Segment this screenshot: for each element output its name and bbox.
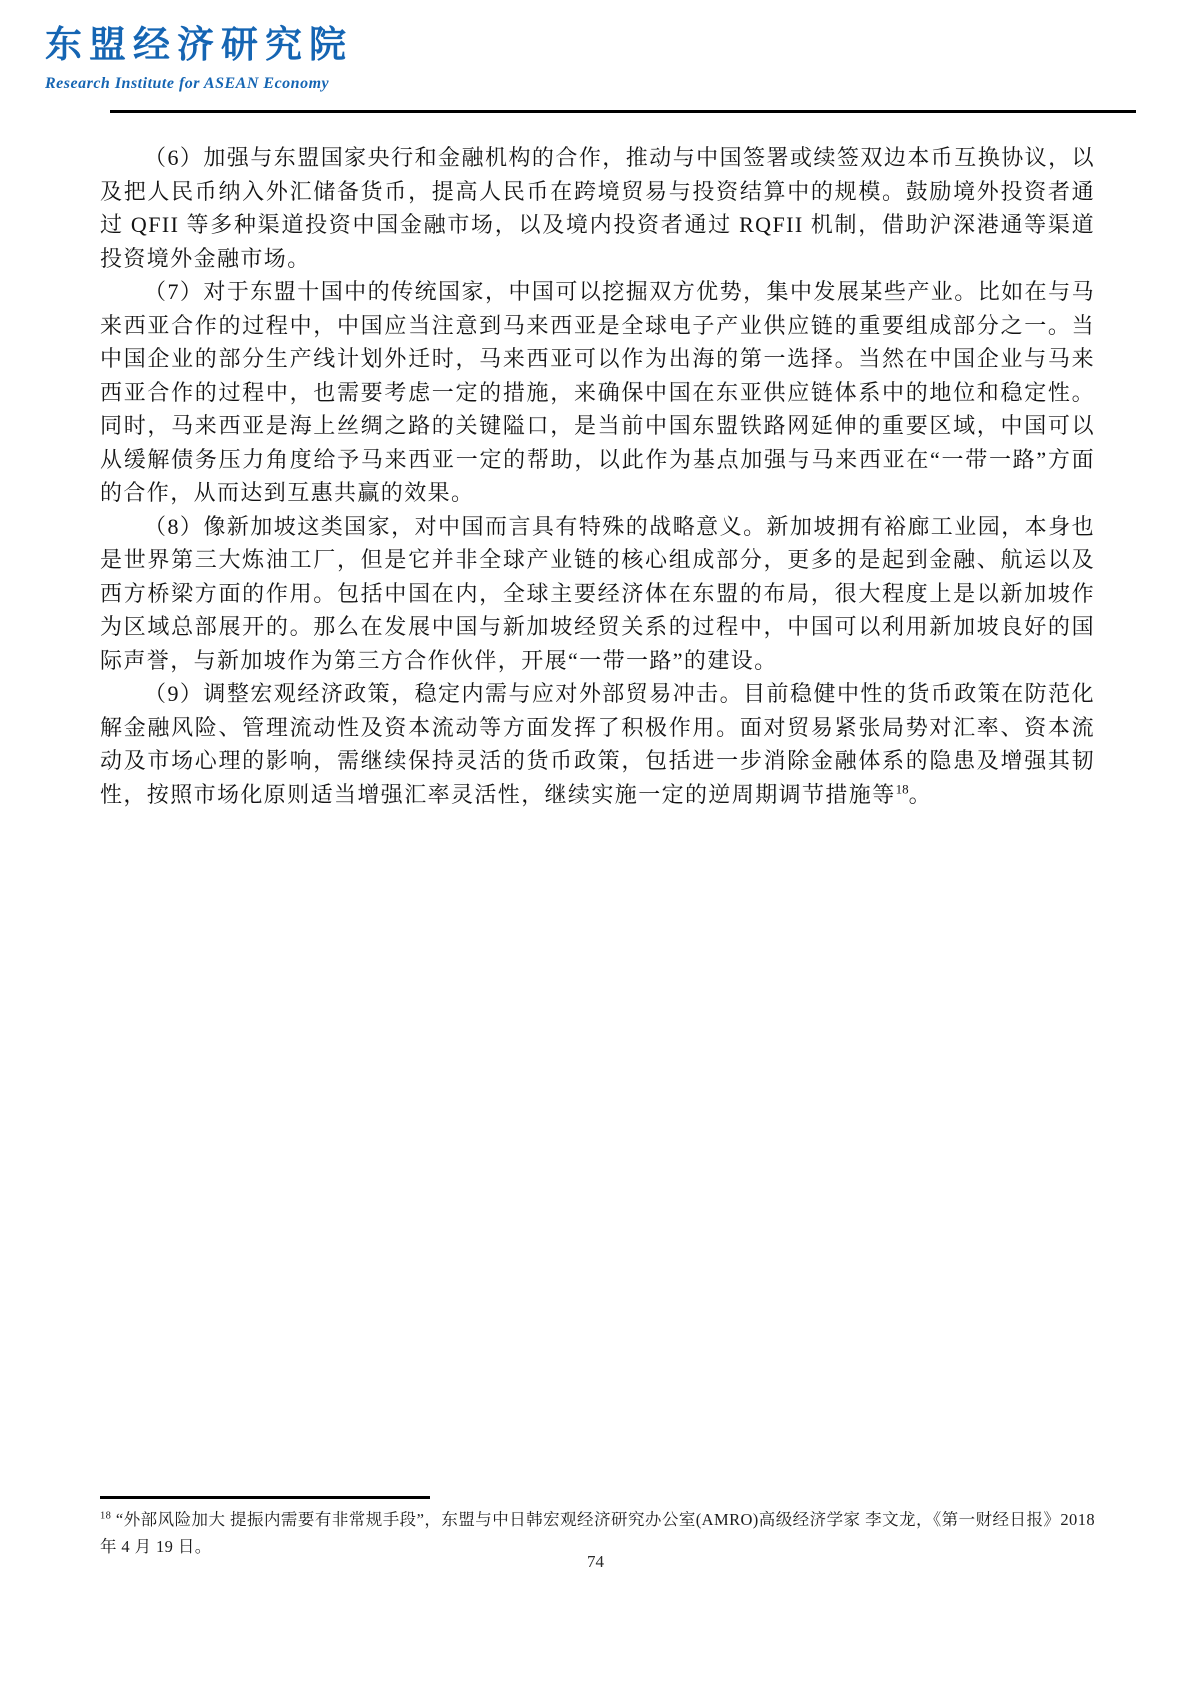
page-number: 74 — [0, 1552, 1191, 1572]
logo-title: 东盟经济研究院 — [45, 24, 353, 68]
document-page: 东盟经济研究院 Research Institute for ASEAN Eco… — [0, 0, 1191, 1684]
paragraph-9-tail: 。 — [909, 782, 932, 807]
paragraph-9: （9）调整宏观经济政策，稳定内需与应对外部贸易冲击。目前稳健中性的货币政策在防范… — [100, 677, 1095, 811]
paragraph-8: （8）像新加坡这类国家，对中国而言具有特殊的战略意义。新加坡拥有裕廊工业园，本身… — [100, 510, 1095, 678]
paragraph-6: （6）加强与东盟国家央行和金融机构的合作，推动与中国签署或续签双边本币互换协议，… — [100, 141, 1095, 275]
header-divider — [110, 110, 1136, 113]
institute-logo: 东盟经济研究院 Research Institute for ASEAN Eco… — [45, 24, 353, 93]
footnote-reference: 18 — [896, 781, 909, 796]
footnote-marker: 18 — [100, 1511, 111, 1522]
logo-subtitle: Research Institute for ASEAN Economy — [45, 75, 353, 93]
paragraph-9-text: （9）调整宏观经济政策，稳定内需与应对外部贸易冲击。目前稳健中性的货币政策在防范… — [100, 681, 1095, 807]
document-body: （6）加强与东盟国家央行和金融机构的合作，推动与中国签署或续签双边本币互换协议，… — [100, 141, 1095, 811]
paragraph-7: （7）对于东盟十国中的传统国家，中国可以挖掘双方优势，集中发展某些产业。比如在与… — [100, 275, 1095, 510]
footnote-text: “外部风险加大 提振内需要有非常规手段”，东盟与中日韩宏观经济研究办公室(AMR… — [100, 1510, 1095, 1556]
footnote-divider — [100, 1496, 430, 1499]
